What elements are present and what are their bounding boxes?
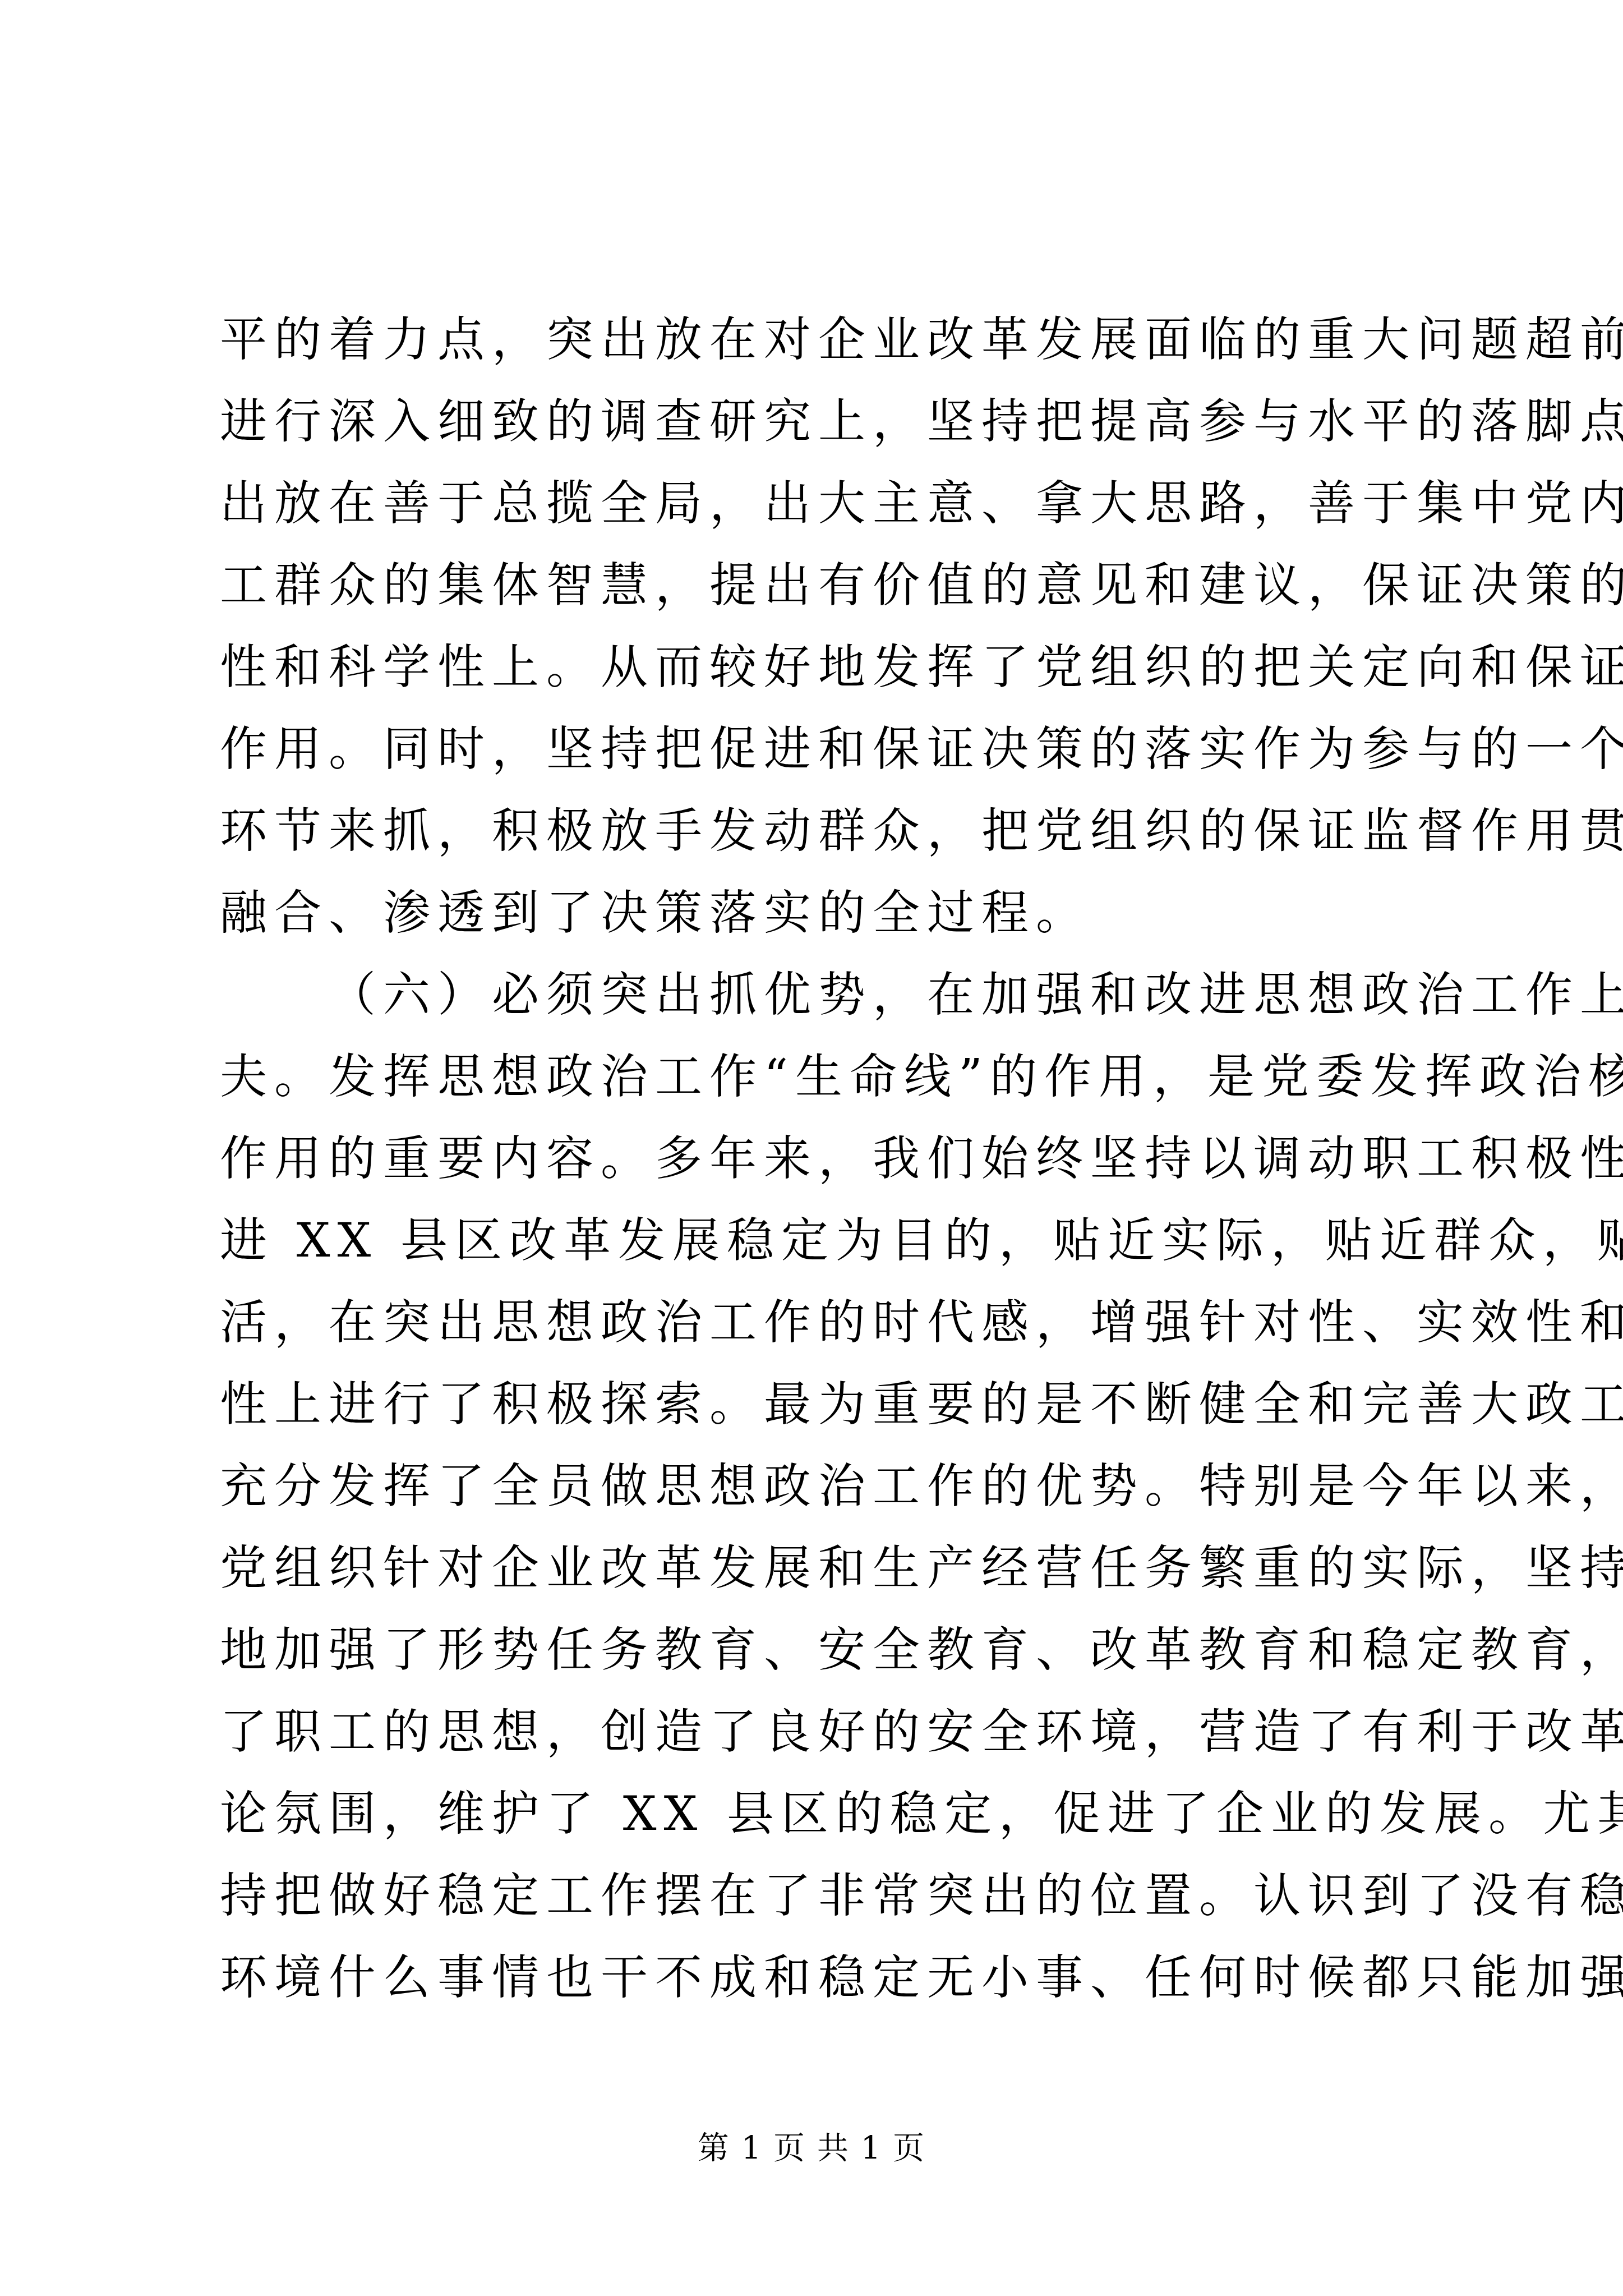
text-line: 地加强了形势任务教育、安全教育、改革教育和稳定教育，统一 <box>220 1609 1420 1691</box>
text-line: 论氛围，维护了 XX 县区的稳定，促进了企业的发展。尤其是坚 <box>220 1773 1420 1855</box>
text-line: 活，在突出思想政治工作的时代感，增强针对性、实效性和主动 <box>220 1281 1420 1363</box>
text-line: 出放在善于总揽全局，出大主意、拿大思路，善于集中党内和职 <box>220 462 1420 544</box>
text-line: 党组织针对企业改革发展和生产经营任务繁重的实际，坚持不懈 <box>220 1527 1420 1609</box>
text-line-indented: （六）必须突出抓优势，在加强和改进思想政治工作上下功 <box>220 954 1420 1036</box>
text-line: 工群众的集体智慧，提出有价值的意见和建议，保证决策的正确 <box>220 544 1420 626</box>
text-line: 性上进行了积极探索。最为重要的是不断健全和完善大政工体系， <box>220 1363 1420 1445</box>
text-line: 了职工的思想，创造了良好的安全环境，营造了有利于改革的舆 <box>220 1691 1420 1773</box>
page-footer: 第 1 页 共 1 页 <box>0 2126 1623 2171</box>
text-line: 持把做好稳定工作摆在了非常突出的位置。认识到了没有稳定的 <box>220 1855 1420 1936</box>
text-line: 作用的重要内容。多年来，我们始终坚持以调动职工积极性和促 <box>220 1117 1420 1199</box>
text-line: 作用。同时，坚持把促进和保证决策的落实作为参与的一个重要 <box>220 708 1420 790</box>
paragraph-2: （六）必须突出抓优势，在加强和改进思想政治工作上下功 夫。发挥思想政治工作“生命… <box>220 954 1426 2018</box>
text-line: 性和科学性上。从而较好地发挥了党组织的把关定向和保证监督 <box>220 626 1420 708</box>
text-line: 融合、渗透到了决策落实的全过程。 <box>220 872 1420 954</box>
document-page: 平的着力点，突出放在对企业改革发展面临的重大问题超前性地 进行深入细致的调查研究… <box>0 0 1623 2296</box>
paragraph-1: 平的着力点，突出放在对企业改革发展面临的重大问题超前性地 进行深入细致的调查研究… <box>220 298 1426 954</box>
text-line: 进 XX 县区改革发展稳定为目的，贴近实际，贴近群众，贴近生 <box>220 1199 1420 1281</box>
text-line: 充分发挥了全员做思想政治工作的优势。特别是今年以来，各级 <box>220 1445 1420 1527</box>
text-line: 平的着力点，突出放在对企业改革发展面临的重大问题超前性地 <box>220 298 1420 380</box>
text-line: 进行深入细致的调查研究上，坚持把提高参与水平的落脚点，突 <box>220 380 1420 462</box>
text-line: 环境什么事情也干不成和稳定无小事、任何时候都只能加强不能 <box>220 1936 1420 2018</box>
text-line: 环节来抓，积极放手发动群众，把党组织的保证监督作用贯穿、 <box>220 790 1420 872</box>
text-line: 夫。发挥思想政治工作“生命线”的作用，是党委发挥政治核心 <box>220 1036 1420 1117</box>
document-body: 平的着力点，突出放在对企业改革发展面临的重大问题超前性地 进行深入细致的调查研究… <box>220 298 1426 2018</box>
